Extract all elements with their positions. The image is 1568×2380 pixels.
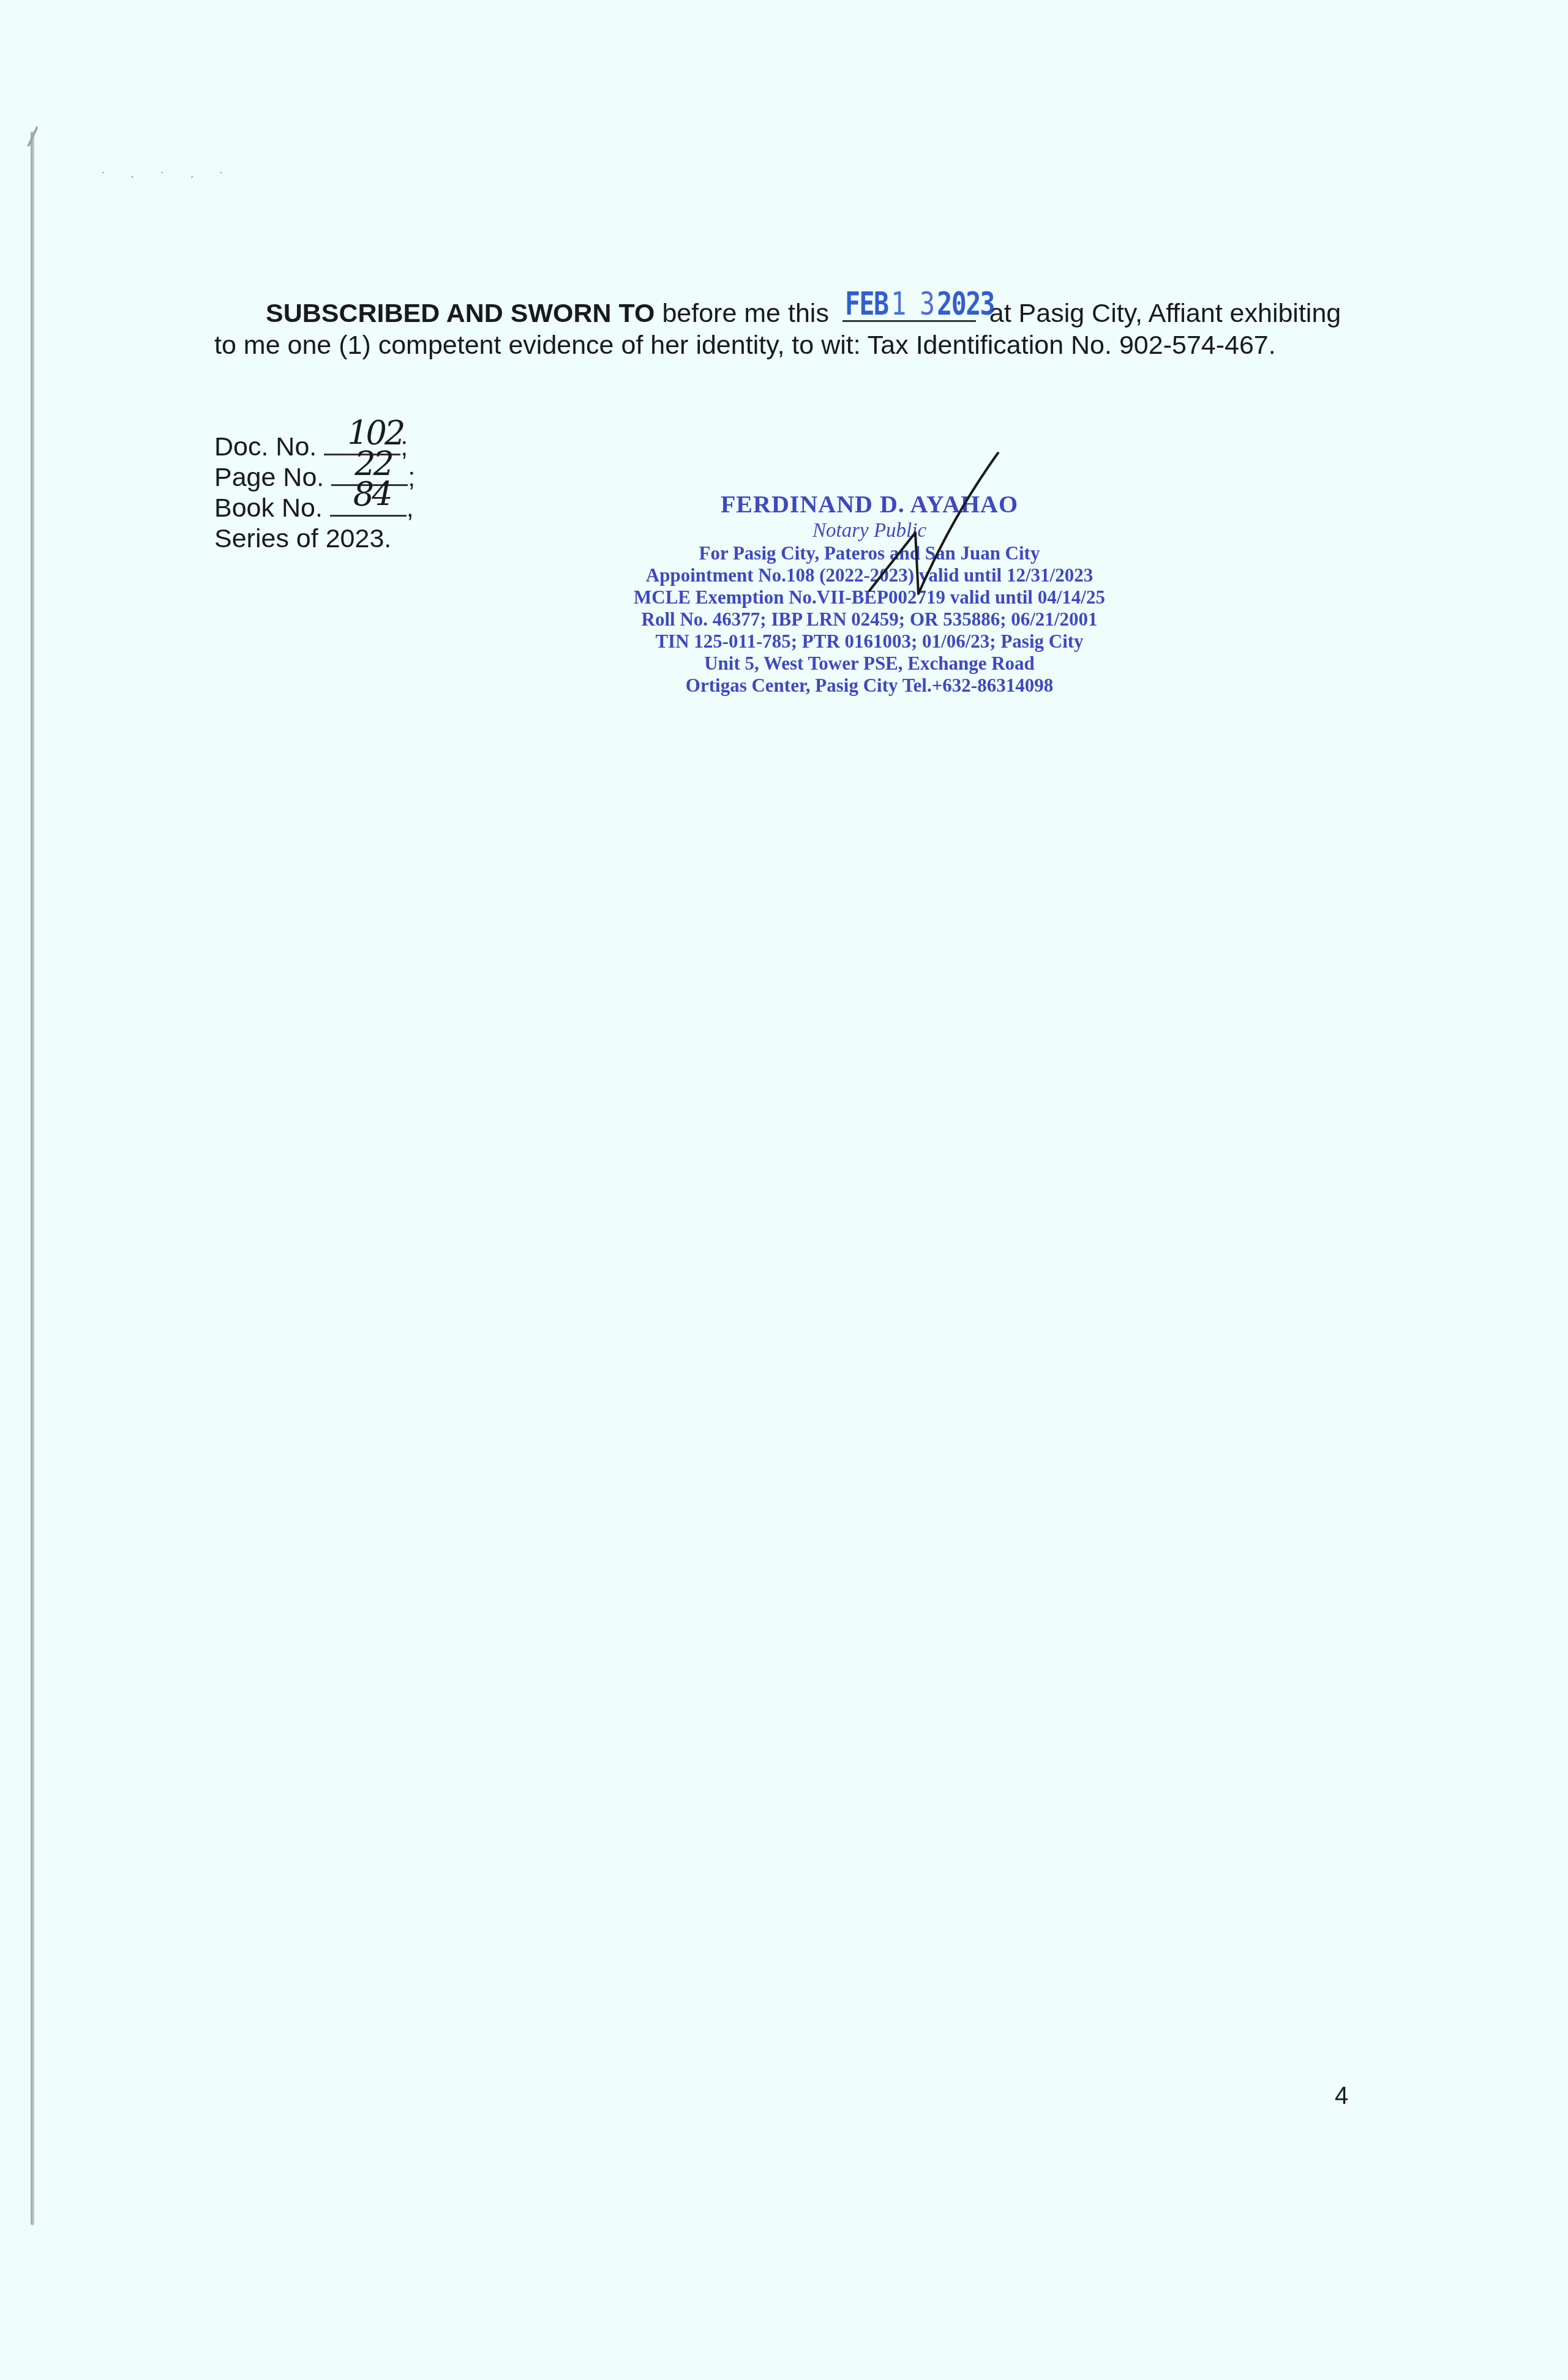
- stamp-line-tin: TIN 125-011-785; PTR 0161003; 01/06/23; …: [588, 631, 1151, 653]
- date-stamp: FEB1 32023: [845, 288, 994, 320]
- book-no-suffix: ,: [407, 493, 414, 523]
- series-row: Series of 2023.: [214, 523, 415, 554]
- date-stamp-year: 2023: [937, 286, 994, 323]
- book-no-handwritten: 84: [353, 479, 391, 510]
- date-blank: FEB1 32023: [842, 296, 976, 322]
- book-no-blank: 84: [330, 493, 407, 517]
- jurat-lead: SUBSCRIBED AND SWORN TO: [214, 299, 655, 328]
- scan-specks: · ˎ · ˏ ·: [101, 165, 234, 179]
- jurat-before-date: before me this: [662, 299, 828, 328]
- stamp-line-address-2: Ortigas Center, Pasig City Tel.+632-8631…: [588, 675, 1151, 697]
- notary-signature: [845, 441, 1029, 600]
- date-stamp-day: 1 3: [891, 286, 934, 323]
- notarial-registry: Doc. No. 102; Page No. 22; Book No. 84, …: [214, 432, 415, 554]
- page-number: 4: [1335, 2082, 1348, 2110]
- doc-no-label: Doc. No.: [214, 432, 317, 462]
- jurat-paragraph: SUBSCRIBED AND SWORN TO before me this F…: [214, 296, 1347, 361]
- page-no-suffix: ;: [408, 463, 415, 492]
- page-no-label: Page No.: [214, 463, 324, 492]
- book-no-row: Book No. 84,: [214, 493, 415, 523]
- stamp-line-roll: Roll No. 46377; IBP LRN 02459; OR 535886…: [588, 608, 1151, 631]
- date-stamp-month: FEB: [845, 286, 888, 323]
- book-no-label: Book No.: [214, 493, 323, 523]
- scanned-page-edge: [31, 132, 34, 2225]
- stamp-line-address-1: Unit 5, West Tower PSE, Exchange Road: [588, 653, 1151, 675]
